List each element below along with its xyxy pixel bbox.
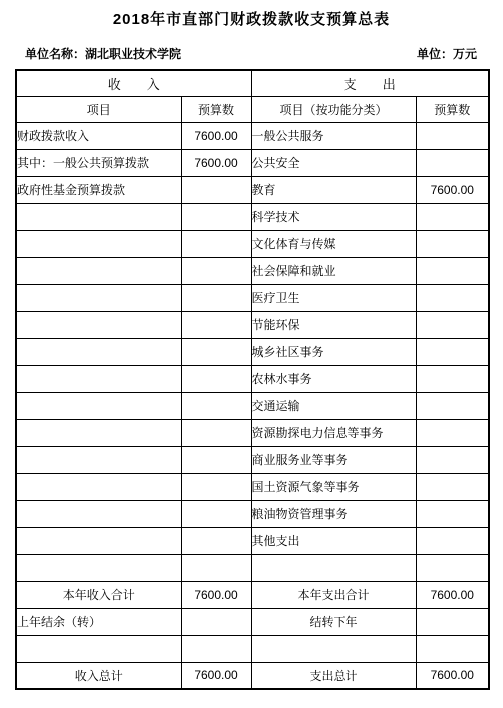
income-item-cell	[16, 473, 181, 500]
income-value-cell: 7600.00	[181, 122, 251, 149]
income-item-column-header: 项目	[16, 96, 181, 122]
expense-value-cell: 7600.00	[416, 662, 489, 689]
expense-item-cell: 公共安全	[251, 149, 416, 176]
expense-value-cell	[416, 122, 489, 149]
income-item-cell	[16, 257, 181, 284]
unit-name-label: 单位名称：湖北职业技术学院	[25, 45, 181, 62]
income-value-cell	[181, 446, 251, 473]
expense-value-column-header: 预算数	[416, 96, 489, 122]
expense-item-cell: 节能环保	[251, 311, 416, 338]
income-item-cell	[16, 311, 181, 338]
expense-value-cell	[416, 284, 489, 311]
table-row: 文化体育与传媒	[16, 230, 489, 257]
income-item-cell	[16, 392, 181, 419]
expense-item-cell: 本年支出合计	[251, 581, 416, 608]
table-row: 节能环保	[16, 311, 489, 338]
expense-value-cell	[416, 527, 489, 554]
expense-item-cell	[251, 554, 416, 581]
income-item-cell: 其中：一般公共预算拨款	[16, 149, 181, 176]
table-row: 政府性基金预算拨款 教育 7600.00	[16, 176, 489, 203]
expense-value-cell	[416, 257, 489, 284]
table-row: 商业服务业等事务	[16, 446, 489, 473]
expense-value-cell	[416, 635, 489, 662]
expense-item-cell: 粮油物资管理事务	[251, 500, 416, 527]
expense-section-header: 支 出	[251, 70, 489, 96]
expense-value-cell	[416, 230, 489, 257]
column-header-row: 项目 预算数 项目（按功能分类） 预算数	[16, 96, 489, 122]
income-value-cell	[181, 257, 251, 284]
expense-value-cell	[416, 149, 489, 176]
expense-item-cell	[251, 635, 416, 662]
table-row: 资源勘探电力信息等事务	[16, 419, 489, 446]
expense-item-cell: 一般公共服务	[251, 122, 416, 149]
income-item-cell	[16, 203, 181, 230]
table-row: 财政拨款收入 7600.00 一般公共服务	[16, 122, 489, 149]
expense-item-cell: 农林水事务	[251, 365, 416, 392]
expense-item-cell: 交通运输	[251, 392, 416, 419]
table-row: 农林水事务	[16, 365, 489, 392]
table-row: 科学技术	[16, 203, 489, 230]
expense-item-cell: 社会保障和就业	[251, 257, 416, 284]
income-value-cell	[181, 500, 251, 527]
income-item-cell: 上年结余（转）	[16, 608, 181, 635]
expense-value-cell	[416, 473, 489, 500]
income-item-cell	[16, 446, 181, 473]
table-row: 社会保障和就业	[16, 257, 489, 284]
income-value-cell	[181, 635, 251, 662]
income-value-cell	[181, 311, 251, 338]
table-row: 交通运输	[16, 392, 489, 419]
income-value-cell	[181, 419, 251, 446]
income-item-cell	[16, 365, 181, 392]
income-value-cell	[181, 230, 251, 257]
table-row: 收入总计 7600.00 支出总计 7600.00	[16, 662, 489, 689]
income-value-cell	[181, 176, 251, 203]
expense-item-cell: 支出总计	[251, 662, 416, 689]
expense-item-cell: 医疗卫生	[251, 284, 416, 311]
income-section-header: 收 入	[16, 70, 251, 96]
income-value-cell	[181, 473, 251, 500]
table-row: 其中：一般公共预算拨款 7600.00 公共安全	[16, 149, 489, 176]
expense-value-cell	[416, 392, 489, 419]
expense-value-cell	[416, 500, 489, 527]
income-item-cell: 收入总计	[16, 662, 181, 689]
income-item-cell	[16, 527, 181, 554]
income-value-cell: 7600.00	[181, 149, 251, 176]
expense-item-cell: 国土资源气象等事务	[251, 473, 416, 500]
income-value-cell	[181, 284, 251, 311]
expense-item-cell: 文化体育与传媒	[251, 230, 416, 257]
income-value-column-header: 预算数	[181, 96, 251, 122]
table-row: 上年结余（转） 结转下年	[16, 608, 489, 635]
income-value-cell	[181, 527, 251, 554]
expense-value-cell	[416, 419, 489, 446]
income-item-cell: 本年收入合计	[16, 581, 181, 608]
budget-table: 收 入 支 出 项目 预算数 项目（按功能分类） 预算数 财政拨款收入 7600…	[15, 69, 490, 690]
income-item-cell: 财政拨款收入	[16, 122, 181, 149]
expense-value-cell: 7600.00	[416, 176, 489, 203]
income-item-cell	[16, 500, 181, 527]
expense-item-column-header: 项目（按功能分类）	[251, 96, 416, 122]
table-row: 粮油物资管理事务	[16, 500, 489, 527]
meta-row: 单位名称：湖北职业技术学院 单位：万元	[25, 45, 477, 62]
expense-item-cell: 科学技术	[251, 203, 416, 230]
income-item-cell	[16, 284, 181, 311]
expense-value-cell	[416, 608, 489, 635]
expense-value-cell	[416, 554, 489, 581]
expense-item-cell: 城乡社区事务	[251, 338, 416, 365]
page-title: 2018年市直部门财政拨款收支预算总表	[0, 0, 503, 29]
expense-item-cell: 结转下年	[251, 608, 416, 635]
income-item-cell	[16, 635, 181, 662]
income-item-cell	[16, 554, 181, 581]
table-body: 财政拨款收入 7600.00 一般公共服务 其中：一般公共预算拨款 7600.0…	[16, 122, 489, 689]
table-row: 城乡社区事务	[16, 338, 489, 365]
table-row	[16, 554, 489, 581]
expense-value-cell	[416, 338, 489, 365]
income-item-cell	[16, 419, 181, 446]
table-row: 其他支出	[16, 527, 489, 554]
income-value-cell	[181, 554, 251, 581]
expense-value-cell	[416, 446, 489, 473]
expense-item-cell: 资源勘探电力信息等事务	[251, 419, 416, 446]
income-value-cell: 7600.00	[181, 662, 251, 689]
income-item-cell: 政府性基金预算拨款	[16, 176, 181, 203]
table-row	[16, 635, 489, 662]
table-row: 本年收入合计 7600.00 本年支出合计 7600.00	[16, 581, 489, 608]
income-value-cell	[181, 338, 251, 365]
income-value-cell: 7600.00	[181, 581, 251, 608]
expense-value-cell	[416, 311, 489, 338]
income-value-cell	[181, 365, 251, 392]
income-item-cell	[16, 338, 181, 365]
income-value-cell	[181, 608, 251, 635]
expense-item-cell: 商业服务业等事务	[251, 446, 416, 473]
expense-value-cell	[416, 365, 489, 392]
income-value-cell	[181, 203, 251, 230]
expense-value-cell	[416, 203, 489, 230]
income-item-cell	[16, 230, 181, 257]
expense-value-cell: 7600.00	[416, 581, 489, 608]
expense-item-cell: 教育	[251, 176, 416, 203]
income-value-cell	[181, 392, 251, 419]
expense-item-cell: 其他支出	[251, 527, 416, 554]
table-row: 国土资源气象等事务	[16, 473, 489, 500]
unit-label: 单位：万元	[417, 45, 477, 62]
section-header-row: 收 入 支 出	[16, 70, 489, 96]
table-row: 医疗卫生	[16, 284, 489, 311]
